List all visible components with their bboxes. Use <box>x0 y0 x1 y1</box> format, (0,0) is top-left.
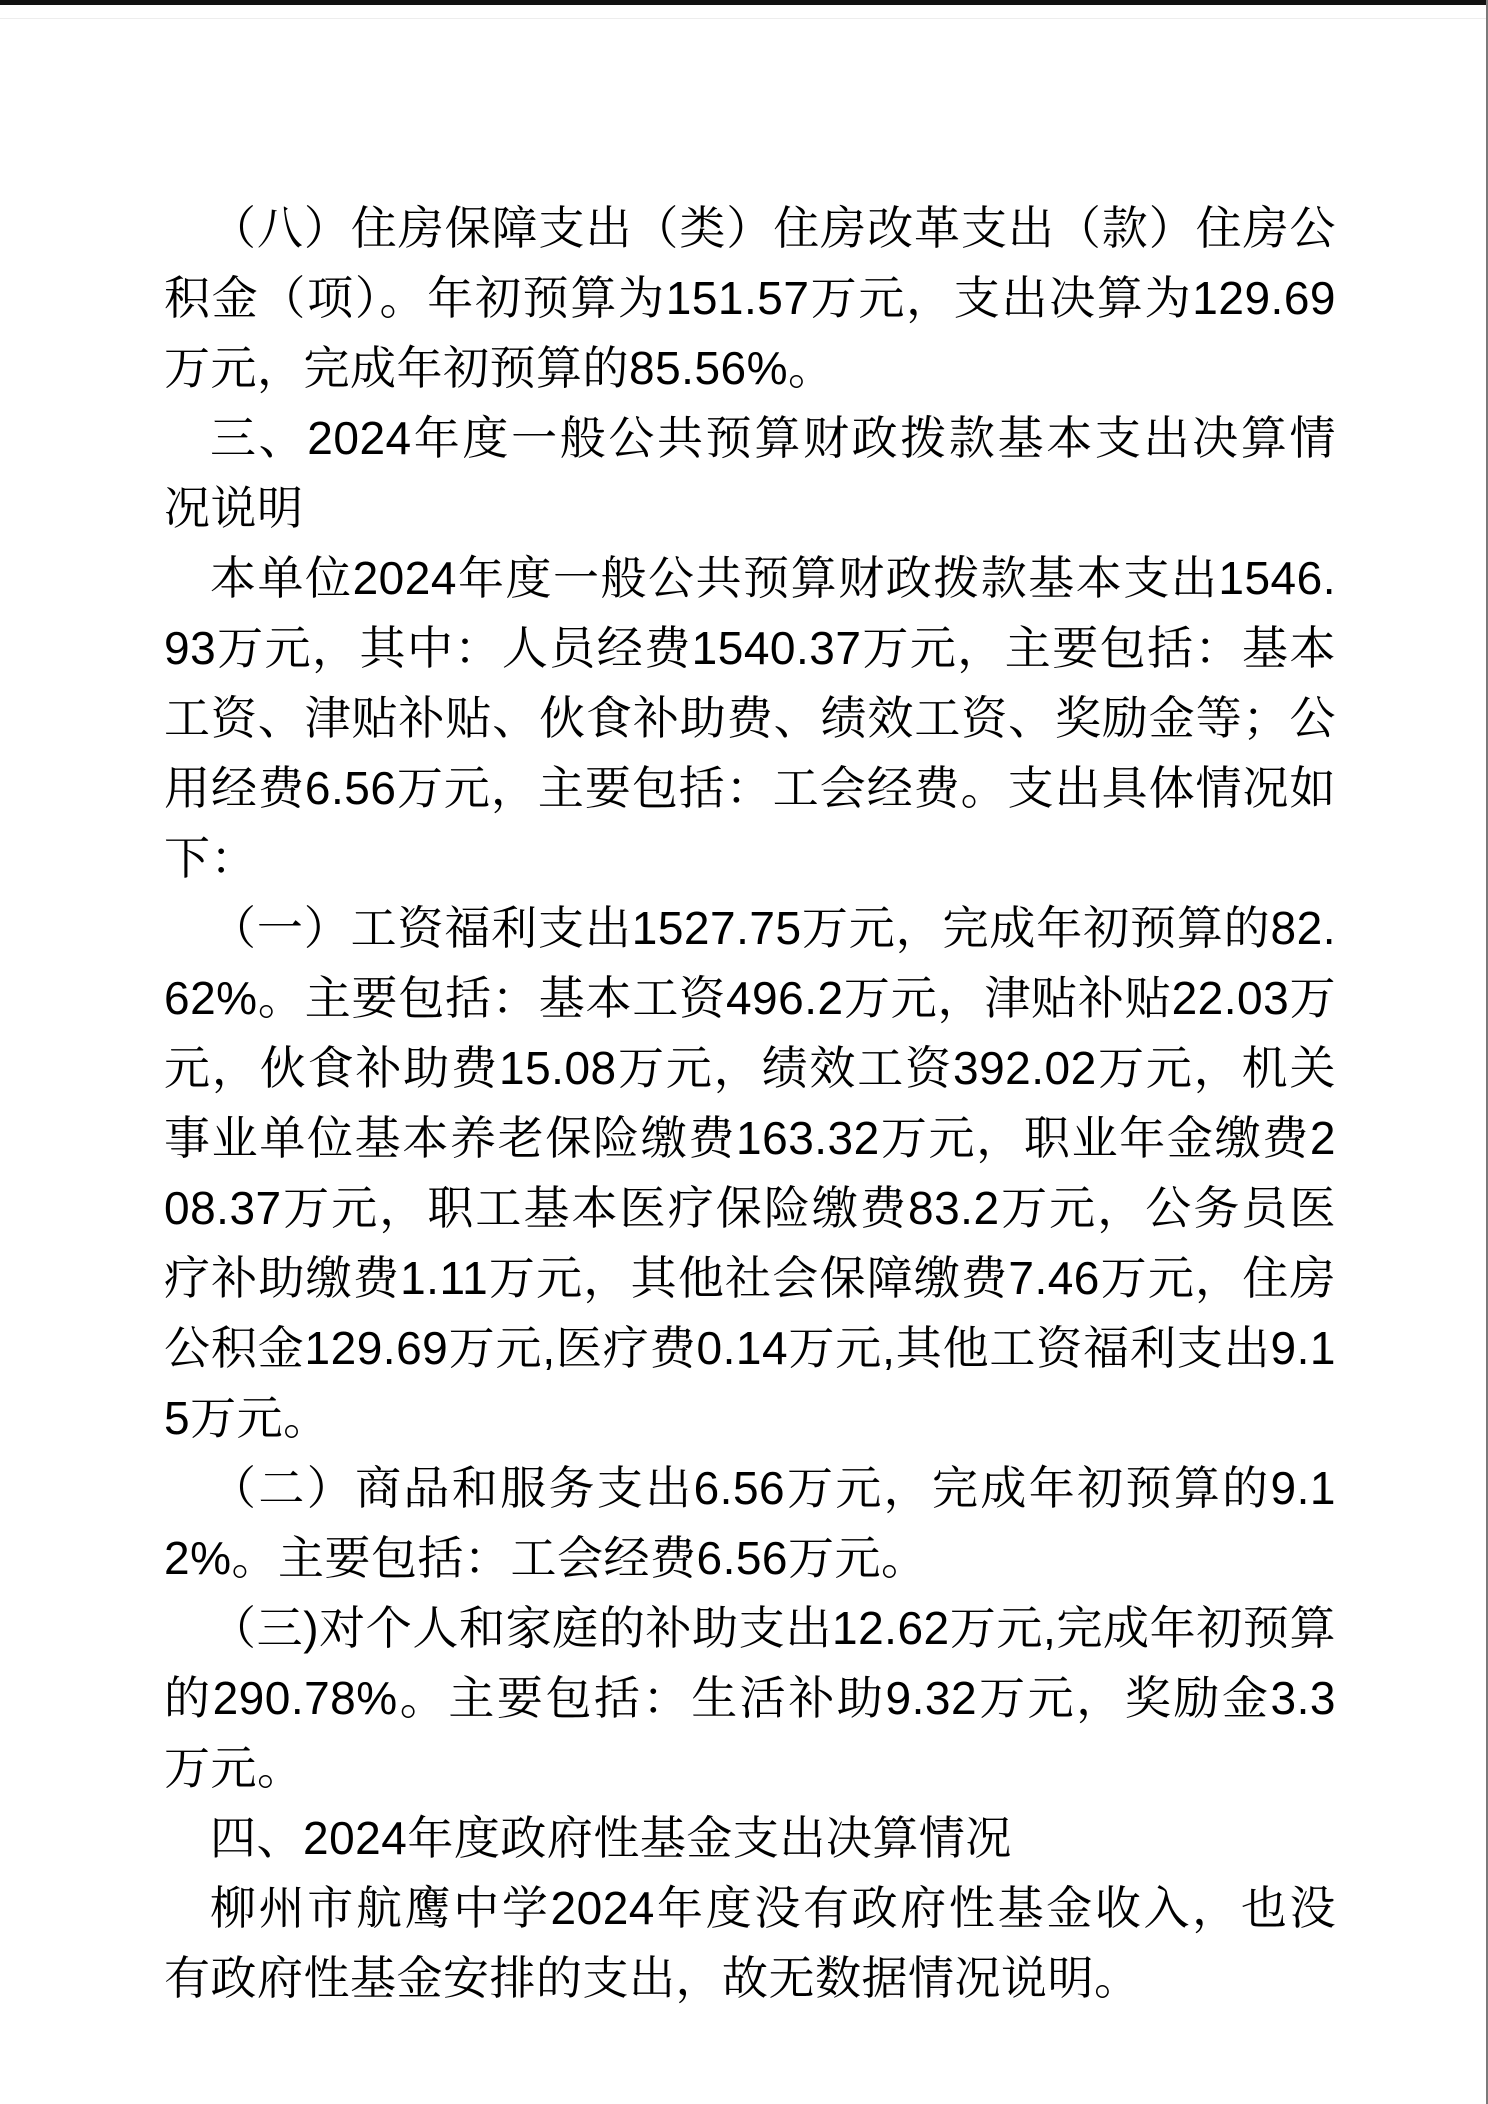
paragraph-housing-expenditure: （八）住房保障支出（类）住房改革支出（款）住房公积金（项）。年初预算为151.5… <box>164 193 1336 403</box>
document-page: （八）住房保障支出（类）住房改革支出（款）住房公积金（项）。年初预算为151.5… <box>0 0 1488 2104</box>
paragraph-basic-expenditure-overview: 本单位2024年度一般公共预算财政拨款基本支出1546.93万元，其中：人员经费… <box>164 543 1336 893</box>
heading-section-4: 四、2024年度政府性基金支出决算情况 <box>164 1803 1336 1873</box>
heading-section-3: 三、2024年度一般公共预算财政拨款基本支出决算情况说明 <box>164 403 1336 543</box>
document-body: （八）住房保障支出（类）住房改革支出（款）住房公积金（项）。年初预算为151.5… <box>164 193 1336 2013</box>
paragraph-government-fund-statement: 柳州市航鹰中学2024年度没有政府性基金收入，也没有政府性基金安排的支出，故无数… <box>164 1873 1336 2013</box>
paragraph-individual-family-subsidy: （三)对个人和家庭的补助支出12.62万元,完成年初预算的290.78%。主要包… <box>164 1593 1336 1803</box>
paragraph-goods-services-expenditure: （二）商品和服务支出6.56万元，完成年初预算的9.12%。主要包括：工会经费6… <box>164 1453 1336 1593</box>
scan-edge-top <box>0 0 1488 5</box>
scan-edge-top-faint-line <box>0 18 1488 19</box>
paragraph-salary-welfare-expenditure: （一）工资福利支出1527.75万元，完成年初预算的82.62%。主要包括：基本… <box>164 893 1336 1453</box>
